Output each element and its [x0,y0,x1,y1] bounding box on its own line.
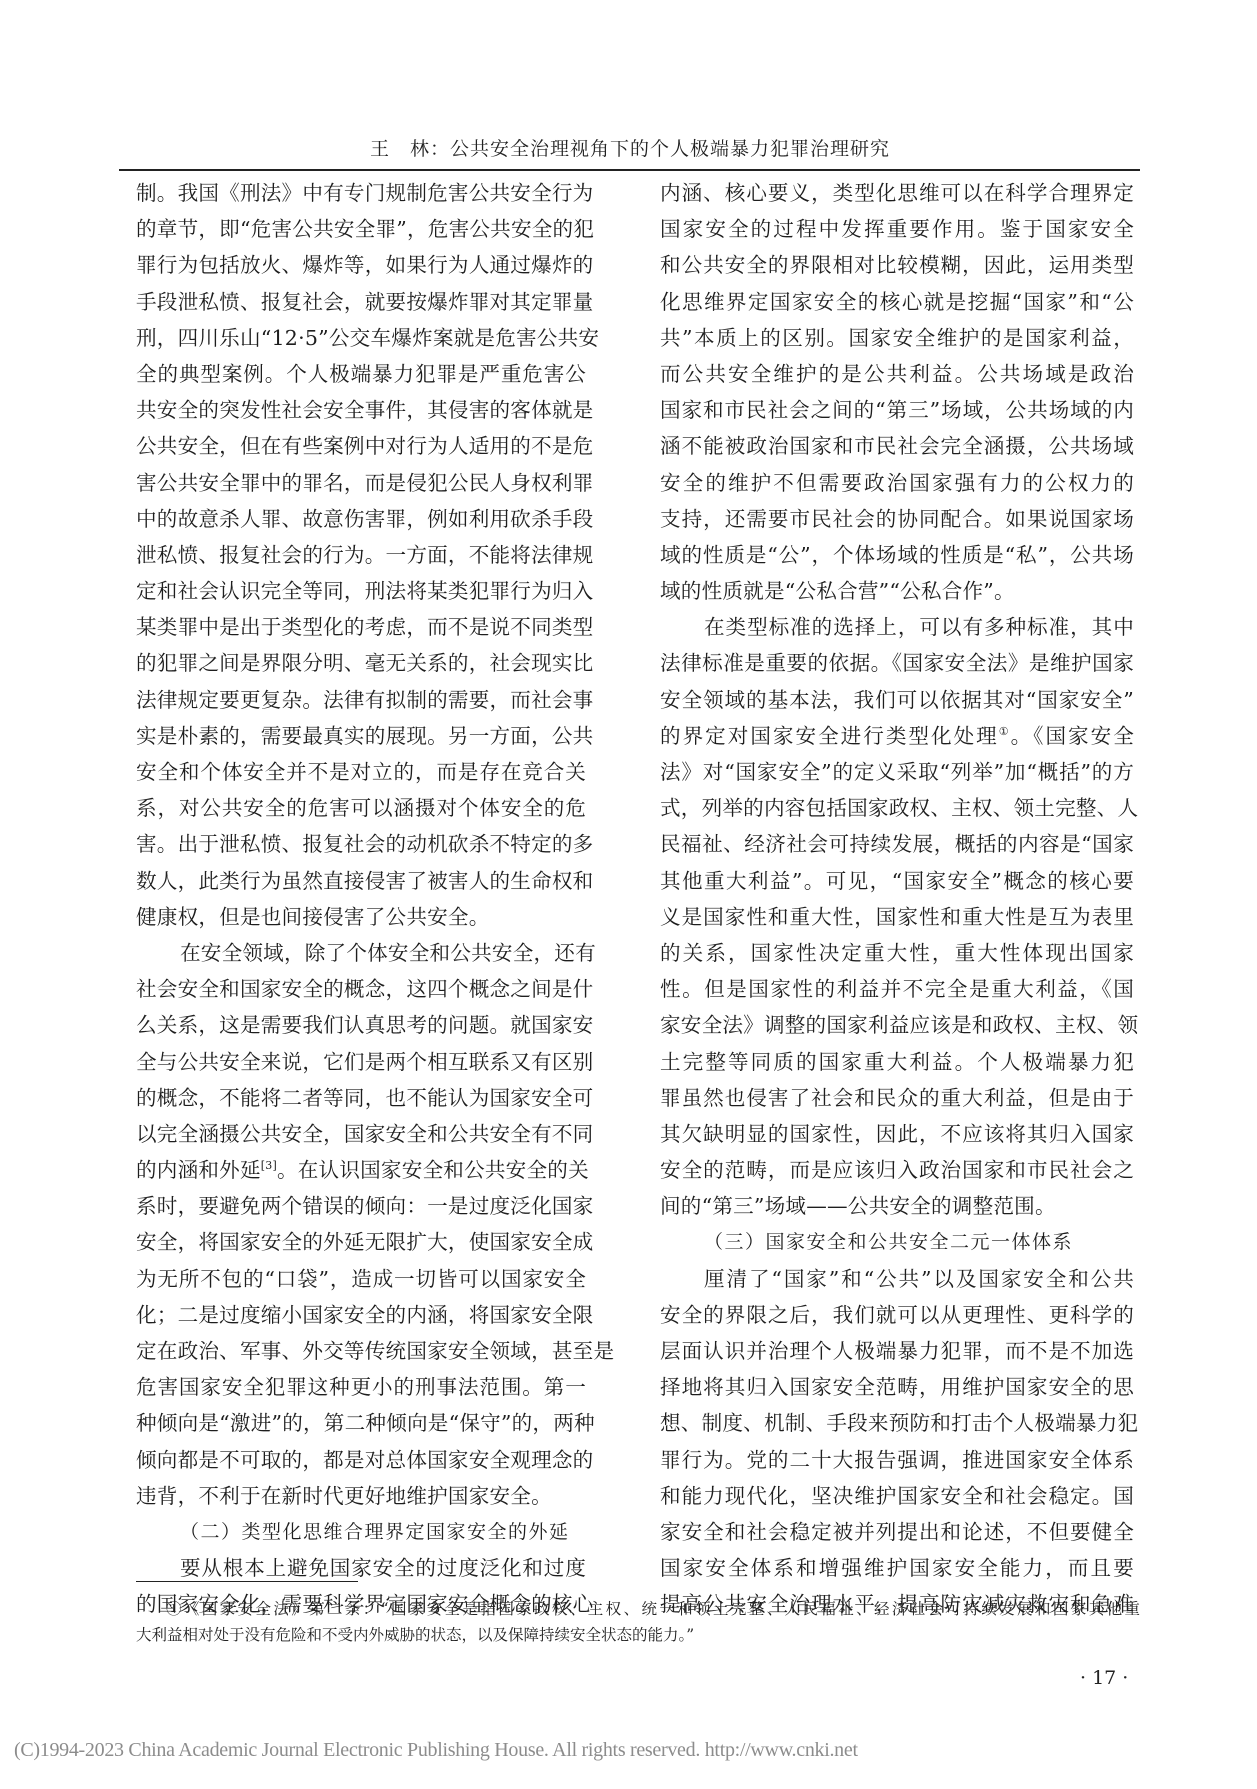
line-text: 支持，还需要市民社会的协同配合。如果说国家场 [660,507,1134,531]
footnote-rule [136,1581,358,1582]
text-line: 域的性质是“公”，个体场域的性质是“私”，公共场 [660,537,1134,573]
line-text: 法》对“国家安全”的定义采取“列举”加“概括”的方 [660,760,1134,784]
line-text: 家安全和社会稳定被并列提出和论述，不但要健全 [660,1520,1134,1544]
line-text: 罪虽然也侵害了社会和民众的重大利益，但是由于 [660,1086,1134,1110]
line-text: 和能力现代化，坚决维护国家安全和社会稳定。国 [660,1484,1134,1508]
line-text: 土完整等同质的国家重大利益。个人极端暴力犯 [660,1050,1134,1074]
text-line: 择地将其归入国家安全范畴，用维护国家安全的思 [660,1369,1134,1405]
text-line: 害公共安全罪中的罪名，而是侵犯公民人身权利罪 [136,465,586,501]
footnote-line-2: 大利益相对处于没有危险和不受内外威胁的状态，以及保障持续安全状态的能力。” [136,1622,1140,1648]
line-text: 刑，四川乐山“12·5”公交车爆炸案就是危害公共安 [136,326,599,350]
line-text: 定和社会认识完全等同，刑法将某类犯罪行为归入 [136,579,593,603]
text-line: 罪虽然也侵害了社会和民众的重大利益，但是由于 [660,1080,1134,1116]
text-line: 民福祉、经济社会可持续发展，概括的内容是“国家 [660,826,1134,862]
line-text: 厘清了“国家”和“公共”以及国家安全和公共 [704,1267,1134,1291]
text-line: 的界定对国家安全进行类型化处理①。《国家安全 [660,718,1134,754]
line-text: 数人，此类行为虽然直接侵害了被害人的生命权和 [136,869,593,893]
text-line: 害。出于泄私愤、报复社会的动机砍杀不特定的多 [136,826,586,862]
text-line: 内涵、核心要义，类型化思维可以在科学合理界定 [660,175,1134,211]
line-text: 某类罪中是出于类型化的考虑，而不是说不同类型 [136,615,593,639]
footnote: ①《国家安全法》第二条：“国家安全是指国家政权、主权、统一和领土完整、人民福祉、… [136,1596,1140,1648]
text-line: 种倾向是“激进”的，第二种倾向是“保守”的，两种 [136,1405,586,1441]
line-text: 层面认识并治理个人极端暴力犯罪，而不是不加选 [660,1339,1134,1363]
left-column: 制。我国《刑法》中有专门规制危害公共安全行为的章节，即“危害公共安全罪”，危害公… [136,175,586,1623]
line-text: 化思维界定国家安全的核心就是挖掘“国家”和“公 [660,290,1134,314]
text-line: 安全和个体安全并不是对立的，而是存在竞合关 [136,754,586,790]
text-line: 安全的范畴，而是应该归入政治国家和市民社会之 [660,1152,1134,1188]
text-line: 安全领域的基本法，我们可以依据其对“国家安全” [660,682,1134,718]
section-heading: （三）国家安全和公共安全二元一体体系 [660,1224,1134,1260]
text-line: 间的“第三”场域——公共安全的调整范围。 [660,1188,1134,1224]
text-line: 化；二是过度缩小国家安全的内涵，将国家安全限 [136,1297,586,1333]
text-line: 健康权，但是也间接侵害了公共安全。 [136,899,586,935]
text-line: 厘清了“国家”和“公共”以及国家安全和公共 [660,1261,1134,1297]
line-text: 安全和个体安全并不是对立的，而是存在竞合关 [136,760,586,784]
line-text: 安全领域的基本法，我们可以依据其对“国家安全” [660,688,1134,712]
text-line: 共安全的突发性社会安全事件，其侵害的客体就是 [136,392,586,428]
text-line: 社会安全和国家安全的概念，这四个概念之间是什 [136,971,586,1007]
text-line: 手段泄私愤、报复社会，就要按爆炸罪对其定罪量 [136,284,586,320]
line-text: 健康权，但是也间接侵害了公共安全。 [136,905,490,929]
text-line: 制。我国《刑法》中有专门规制危害公共安全行为 [136,175,586,211]
text-line: 国家安全体系和增强维护国家安全能力，而且要 [660,1550,1134,1586]
footnote-line-1: ①《国家安全法》第二条：“国家安全是指国家政权、主权、统一和领土完整、人民福祉、… [136,1596,1140,1622]
line-text: 性。但是国家性的利益并不完全是重大利益，《国 [660,977,1134,1001]
text-line: 支持，还需要市民社会的协同配合。如果说国家场 [660,501,1134,537]
text-line: 域的性质就是“公私合营”“公私合作”。 [660,573,1134,609]
line-text: 制。我国《刑法》中有专门规制危害公共安全行为 [136,181,593,205]
text-line: 全的典型案例。个人极端暴力犯罪是严重危害公 [136,356,586,392]
text-line: 法律标准是重要的依据。《国家安全法》是维护国家 [660,645,1134,681]
text-line: 在类型标准的选择上，可以有多种标准，其中 [660,609,1134,645]
citation-marker: ① [999,725,1011,738]
text-line: 国家安全的过程中发挥重要作用。鉴于国家安全 [660,211,1134,247]
text-line: 的内涵和外延[3]。在认识国家安全和公共安全的关 [136,1152,586,1188]
text-line: 泄私愤、报复社会的行为。一方面，不能将法律规 [136,537,586,573]
text-line: 的关系，国家性决定重大性，重大性体现出国家 [660,935,1134,971]
line-text: 共安全的突发性社会安全事件，其侵害的客体就是 [136,398,593,422]
text-line: 的犯罪之间是界限分明、毫无关系的，社会现实比 [136,645,586,681]
line-text: 的章节，即“危害公共安全罪”，危害公共安全的犯 [136,217,594,241]
text-line: 违背，不利于在新时代更好地维护国家安全。 [136,1478,586,1514]
line-text: 全的典型案例。个人极端暴力犯罪是严重危害公 [136,362,586,386]
line-text: 么关系，这是需要我们认真思考的问题。就国家安 [136,1013,593,1037]
line-text: 的概念，不能将二者等同，也不能认为国家安全可 [136,1086,593,1110]
text-line: 化思维界定国家安全的核心就是挖掘“国家”和“公 [660,284,1134,320]
line-text: 泄私愤、报复社会的行为。一方面，不能将法律规 [136,543,593,567]
line-text: 危害国家安全犯罪这种更小的刑事法范围。第一 [136,1375,586,1399]
line-text: 的内涵和外延 [136,1158,261,1182]
text-line: 定在政治、军事、外交等传统国家安全领域，甚至是 [136,1333,586,1369]
line-text: 域的性质就是“公私合营”“公私合作”。 [660,579,1015,603]
text-line: 法律规定要更复杂。法律有拟制的需要，而社会事 [136,682,586,718]
header-rule [119,169,1140,171]
text-line: 层面认识并治理个人极端暴力犯罪，而不是不加选 [660,1333,1134,1369]
line-text: 安全，将国家安全的外延无限扩大，使国家安全成 [136,1230,593,1254]
text-line: 么关系，这是需要我们认真思考的问题。就国家安 [136,1007,586,1043]
line-text: 。在认识国家安全和公共安全的关 [277,1158,589,1182]
text-line: 全与公共安全来说，它们是两个相互联系又有区别 [136,1044,586,1080]
line-text: 而公共安全维护的是公共利益。公共场域是政治 [660,362,1134,386]
text-line: 义是国家性和重大性，国家性和重大性是互为表里 [660,899,1134,935]
text-line: 性。但是国家性的利益并不完全是重大利益，《国 [660,971,1134,1007]
line-text: 社会安全和国家安全的概念，这四个概念之间是什 [136,977,593,1001]
line-text: 国家安全体系和增强维护国家安全能力，而且要 [660,1556,1134,1580]
line-text: 义是国家性和重大性，国家性和重大性是互为表里 [660,905,1134,929]
line-text: 想、制度、机制、手段来预防和打击个人极端暴力犯 [660,1411,1138,1435]
section-heading: （二）类型化思维合理界定国家安全的外延 [136,1514,586,1550]
text-line: 式，列举的内容包括国家政权、主权、领土完整、人 [660,790,1134,826]
line-text: 内涵、核心要义，类型化思维可以在科学合理界定 [660,181,1134,205]
line-text: 在类型标准的选择上，可以有多种标准，其中 [704,615,1134,639]
text-line: 家安全法》调整的国家利益应该是和政权、主权、领 [660,1007,1134,1043]
copyright-notice: (C)1994-2023 China Academic Journal Elec… [14,1739,1114,1762]
line-text: 系时，要避免两个错误的倾向：一是过度泛化国家 [136,1194,593,1218]
text-line: 公共安全，但在有些案例中对行为人适用的不是危 [136,428,586,464]
line-text: 罪行为包括放火、爆炸等，如果行为人通过爆炸的 [136,253,593,277]
line-text: 为无所不包的“口袋”，造成一切皆可以国家安全 [136,1267,586,1291]
text-line: 系时，要避免两个错误的倾向：一是过度泛化国家 [136,1188,586,1224]
page-number: · 17 · [1080,1667,1128,1689]
text-line: 危害国家安全犯罪这种更小的刑事法范围。第一 [136,1369,586,1405]
line-text: 化；二是过度缩小国家安全的内涵，将国家安全限 [136,1303,593,1327]
line-text: 中的故意杀人罪、故意伤害罪，例如利用砍杀手段 [136,507,593,531]
text-line: 实是朴素的，需要最真实的展现。另一方面，公共 [136,718,586,754]
text-line: 为无所不包的“口袋”，造成一切皆可以国家安全 [136,1261,586,1297]
text-line: 安全，将国家安全的外延无限扩大，使国家安全成 [136,1224,586,1260]
text-line: 罪行为包括放火、爆炸等，如果行为人通过爆炸的 [136,247,586,283]
line-text: 间的“第三”场域——公共安全的调整范围。 [660,1194,1056,1218]
line-text: 国家和市民社会之间的“第三”场域，公共场域的内 [660,398,1134,422]
text-line: 以完全涵摄公共安全，国家安全和公共安全有不同 [136,1116,586,1152]
text-line: 罪行为。党的二十大报告强调，推进国家安全体系 [660,1442,1134,1478]
running-title: 王 林：公共安全治理视角下的个人极端暴力犯罪治理研究 [120,134,1140,161]
line-text: 公共安全，但在有些案例中对行为人适用的不是危 [136,434,593,458]
line-text: 国家安全的过程中发挥重要作用。鉴于国家安全 [660,217,1134,241]
line-text: 法律标准是重要的依据。《国家安全法》是维护国家 [660,651,1134,675]
text-line: 法》对“国家安全”的定义采取“列举”加“概括”的方 [660,754,1134,790]
line-text: 害。出于泄私愤、报复社会的动机砍杀不特定的多 [136,832,593,856]
line-text: 安全的维护不但需要政治国家强有力的公权力的 [660,471,1134,495]
line-text: 家安全法》调整的国家利益应该是和政权、主权、领 [660,1013,1138,1037]
line-text: 民福祉、经济社会可持续发展，概括的内容是“国家 [660,832,1134,856]
text-line: 而公共安全维护的是公共利益。公共场域是政治 [660,356,1134,392]
text-line: 安全的维护不但需要政治国家强有力的公权力的 [660,465,1134,501]
line-text: （二）类型化思维合理界定国家安全的外延 [180,1521,570,1543]
line-text: 要从根本上避免国家安全的过度泛化和过度 [180,1556,586,1580]
line-text: 定在政治、军事、外交等传统国家安全领域，甚至是 [136,1339,614,1363]
line-text: 全与公共安全来说，它们是两个相互联系又有区别 [136,1050,593,1074]
text-line: 国家和市民社会之间的“第三”场域，公共场域的内 [660,392,1134,428]
line-text: 罪行为。党的二十大报告强调，推进国家安全体系 [660,1448,1134,1472]
text-line: 在安全领域，除了个体安全和公共安全，还有 [136,935,586,971]
text-line: 倾向都是不可取的，都是对总体国家安全观理念的 [136,1442,586,1478]
line-text: 的界定对国家安全进行类型化处理 [660,724,999,748]
text-line: 其他重大利益”。可见，“国家安全”概念的核心要 [660,863,1134,899]
text-line: 系，对公共安全的危害可以涵摄对个体安全的危 [136,790,586,826]
line-text: 安全的范畴，而是应该归入政治国家和市民社会之 [660,1158,1134,1182]
line-text: 。《国家安全 [1011,724,1134,748]
text-line: 数人，此类行为虽然直接侵害了被害人的生命权和 [136,863,586,899]
text-line: 涵不能被政治国家和市民社会完全涵摄，公共场域 [660,428,1134,464]
text-line: 的章节，即“危害公共安全罪”，危害公共安全的犯 [136,211,586,247]
line-text: 倾向都是不可取的，都是对总体国家安全观理念的 [136,1448,593,1472]
text-line: 定和社会认识完全等同，刑法将某类犯罪行为归入 [136,573,586,609]
line-text: 共”本质上的区别。国家安全维护的是国家利益， [660,326,1134,350]
line-text: 种倾向是“激进”的，第二种倾向是“保守”的，两种 [136,1411,595,1435]
line-text: 其欠缺明显的国家性，因此，不应该将其归入国家 [660,1122,1134,1146]
text-line: 土完整等同质的国家重大利益。个人极端暴力犯 [660,1044,1134,1080]
line-text: 以完全涵摄公共安全，国家安全和公共安全有不同 [136,1122,593,1146]
line-text: 法律规定要更复杂。法律有拟制的需要，而社会事 [136,688,593,712]
text-line: 刑，四川乐山“12·5”公交车爆炸案就是危害公共安 [136,320,586,356]
text-line: 家安全和社会稳定被并列提出和论述，不但要健全 [660,1514,1134,1550]
line-text: （三）国家安全和公共安全二元一体体系 [704,1231,1073,1253]
line-text: 手段泄私愤、报复社会，就要按爆炸罪对其定罪量 [136,290,593,314]
text-line: 其欠缺明显的国家性，因此，不应该将其归入国家 [660,1116,1134,1152]
text-line: 和能力现代化，坚决维护国家安全和社会稳定。国 [660,1478,1134,1514]
text-line: 安全的界限之后，我们就可以从更理性、更科学的 [660,1297,1134,1333]
line-text: 域的性质是“公”，个体场域的性质是“私”，公共场 [660,543,1134,567]
line-text: 安全的界限之后，我们就可以从更理性、更科学的 [660,1303,1134,1327]
line-text: 害公共安全罪中的罪名，而是侵犯公民人身权利罪 [136,471,593,495]
line-text: 择地将其归入国家安全范畴，用维护国家安全的思 [660,1375,1134,1399]
line-text: 违背，不利于在新时代更好地维护国家安全。 [136,1484,552,1508]
line-text: 涵不能被政治国家和市民社会完全涵摄，公共场域 [660,434,1134,458]
text-line: 某类罪中是出于类型化的考虑，而不是说不同类型 [136,609,586,645]
line-text: 其他重大利益”。可见，“国家安全”概念的核心要 [660,869,1134,893]
line-text: 和公共安全的界限相对比较模糊，因此，运用类型 [660,253,1134,277]
text-line: 中的故意杀人罪、故意伤害罪，例如利用砍杀手段 [136,501,586,537]
citation-marker: [3] [261,1159,277,1172]
line-text: 系，对公共安全的危害可以涵摄对个体安全的危 [136,796,586,820]
text-line: 的概念，不能将二者等同，也不能认为国家安全可 [136,1080,586,1116]
line-text: 实是朴素的，需要最真实的展现。另一方面，公共 [136,724,593,748]
line-text: 的关系，国家性决定重大性，重大性体现出国家 [660,941,1134,965]
text-line: 和公共安全的界限相对比较模糊，因此，运用类型 [660,247,1134,283]
right-column: 内涵、核心要义，类型化思维可以在科学合理界定国家安全的过程中发挥重要作用。鉴于国… [660,175,1134,1623]
line-text: 式，列举的内容包括国家政权、主权、领土完整、人 [660,796,1138,820]
line-text: 的犯罪之间是界限分明、毫无关系的，社会现实比 [136,651,593,675]
text-line: 想、制度、机制、手段来预防和打击个人极端暴力犯 [660,1405,1134,1441]
line-text: 在安全领域，除了个体安全和公共安全，还有 [180,941,596,965]
text-line: 共”本质上的区别。国家安全维护的是国家利益， [660,320,1134,356]
